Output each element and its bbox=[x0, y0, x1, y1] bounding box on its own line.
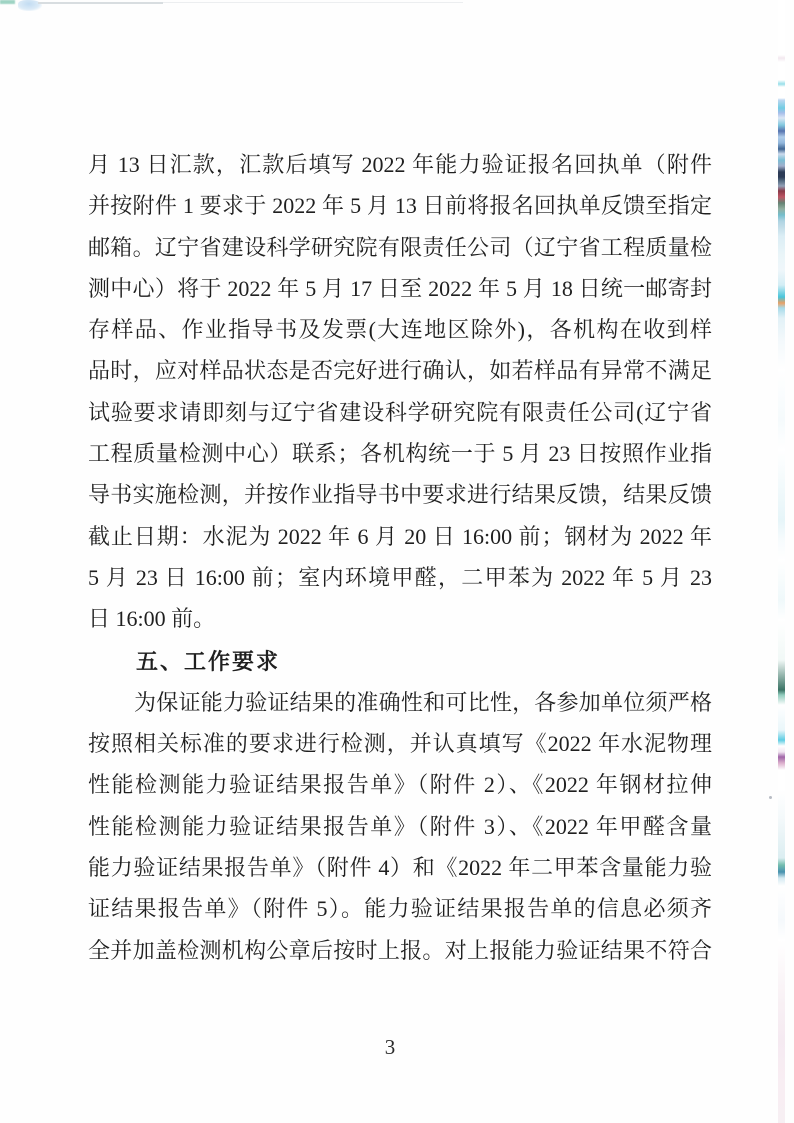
paragraph1-line: 日 16:00 前。 bbox=[88, 598, 712, 639]
paragraph1-line: 品时，应对样品状态是否完好进行确认，如若样品有异常不满足 bbox=[88, 350, 712, 391]
scan-noise-strip bbox=[778, 0, 785, 1123]
paragraph1-line: 导书实施检测，并按作业指导书中要求进行结果反馈，结果反馈 bbox=[88, 474, 712, 515]
paragraph1-line: 并按附件 1 要求于 2022 年 5 月 13 日前将报名回执单反馈至指定 bbox=[88, 185, 712, 226]
document-body: 月 13 日汇款，汇款后填写 2022 年能力验证报名回执单（附件 1）， 并按… bbox=[88, 144, 712, 971]
paragraph1-line: 存样品、作业指导书及发票(大连地区除外)，各机构在收到样 bbox=[88, 309, 712, 350]
paragraph2-line: 性能检测能力验证结果报告单》（附件 3）、《2022 年甲醛含量 bbox=[88, 806, 712, 847]
page-number: 3 bbox=[378, 1035, 402, 1060]
paragraph1-line: 工程质量检测中心）联系；各机构统一于 5 月 23 日按照作业指 bbox=[88, 433, 712, 474]
paragraph1-line: 截止日期：水泥为 2022 年 6 月 20 日 16:00 前；钢材为 202… bbox=[88, 516, 712, 557]
scan-corner-mark bbox=[0, 0, 15, 4]
scan-top-edge-line-faint bbox=[163, 2, 463, 3]
scan-top-edge-line bbox=[38, 2, 163, 4]
paragraph2-line: 证结果报告单》（附件 5）。能力验证结果报告单的信息必须齐 bbox=[88, 888, 712, 929]
paragraph2-line: 性能检测能力验证结果报告单》（附件 2）、《2022 年钢材拉伸 bbox=[88, 764, 712, 805]
document-page: 月 13 日汇款，汇款后填写 2022 年能力验证报名回执单（附件 1）， 并按… bbox=[0, 0, 794, 1123]
paragraph1-line: 邮箱。辽宁省建设科学研究院有限责任公司（辽宁省工程质量检 bbox=[88, 227, 712, 268]
paragraph2-line: 为保证能力验证结果的准确性和可比性，各参加单位须严格 bbox=[88, 682, 712, 723]
paragraph1-line: 5 月 23 日 16:00 前；室内环境甲醛，二甲苯为 2022 年 5 月 … bbox=[88, 557, 712, 598]
paragraph1-line: 测中心）将于 2022 年 5 月 17 日至 2022 年 5 月 18 日统… bbox=[88, 268, 712, 309]
paragraph1-line: 月 13 日汇款，汇款后填写 2022 年能力验证报名回执单（附件 1）， bbox=[88, 144, 712, 185]
paragraph2-line: 能力验证结果报告单》（附件 4）和《2022 年二甲苯含量能力验 bbox=[88, 847, 712, 888]
paragraph2-line: 全并加盖检测机构公章后按时上报。对上报能力验证结果不符合 bbox=[88, 930, 712, 971]
paragraph1-line: 试验要求请即刻与辽宁省建设科学研究院有限责任公司(辽宁省 bbox=[88, 392, 712, 433]
paragraph2-line: 按照相关标准的要求进行检测，并认真填写《2022 年水泥物理 bbox=[88, 723, 712, 764]
section-heading: 五、工作要求 bbox=[88, 641, 712, 682]
scan-speck bbox=[769, 796, 772, 799]
